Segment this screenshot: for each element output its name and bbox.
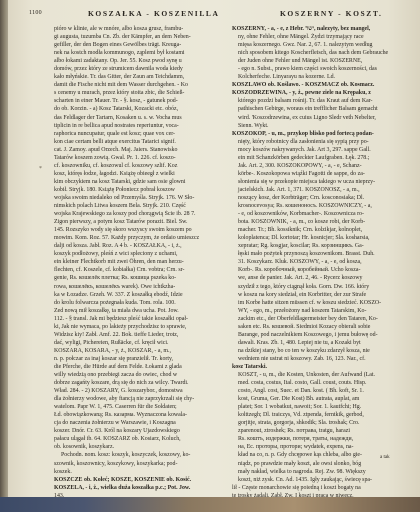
text-line: WY, - ego, m., przełożony nad koszem Tat… <box>232 307 396 315</box>
text-line: kosz, któręs łodze, łagodzi. Książę obie… <box>54 170 212 178</box>
text-line: nich sposobem kitego Koscherfleisch, das… <box>232 49 396 57</box>
text-line: на, Ec. проторы, протори; wydatek, expen… <box>232 443 396 451</box>
text-line: mięsa koszernego. Gwz. Nar. 2, 67. 1. na… <box>232 41 396 49</box>
text-line: do krolu folwarcza pożegnała kuda. Tom. … <box>54 299 212 307</box>
text-line: pathischen Gebirge, woraus ein trefflich… <box>232 105 396 113</box>
text-line: nimskich polach Litwa koszem Bela. Stryj… <box>54 202 212 210</box>
text-line: med. costa, costus, Ital. costo, Gall. c… <box>232 379 396 387</box>
text-line: mały nakład, wielka to nagroda. Rej. Zw.… <box>232 468 396 476</box>
text-line: xepratar; Rg. kosgjar, koscilar; Rs. кор… <box>232 242 396 250</box>
text-line: koloplatenca; Dl. kortotar; Hr. kosnicje… <box>232 234 396 242</box>
text-line: kost, Gruma, Ger. Die Kost) Bh. autrata,… <box>232 395 396 403</box>
text-line: Zed nową mił koszałkę, ta miała dwa ucha… <box>54 307 212 315</box>
text-line: albo łokami zadaktany. Op. Jer. 55. Kosz… <box>54 57 212 65</box>
margin-mark: * <box>39 166 42 172</box>
text-line: dawali. Kras. Zb. 1, 480. Lepiej nie tu,… <box>232 339 396 347</box>
text-line: wird. 'Koszodrzewina, ex cuius Ligno Sle… <box>232 114 396 122</box>
text-line: s cenemy u murach, przez który stoita zb… <box>54 89 212 97</box>
text-line: wedniem nie ustrat ni koszowy. Zab. 16, … <box>232 355 396 363</box>
text-line: costo, Angl. cost, Suec. et Dan. kost. (… <box>232 387 396 395</box>
text-line: ob. kosownik, koszykarz. <box>54 443 212 451</box>
text-line: 31. Koszykarz. Kluk. KOSZOWY, - a, - e, … <box>232 258 396 266</box>
text-line: ka w Łozadze. Grzeh. W. 337. Z koszałką … <box>54 291 212 299</box>
text-line: kład na co, n. p. Gdy chcępowe kąs chleb… <box>232 451 396 459</box>
text-line: kon ciae certam belli atque exercitus Ta… <box>54 138 212 146</box>
text-line: körbe-. Koszokopowa wiąźki Fagotti de sa… <box>232 170 396 178</box>
running-head-right: KOSZERNY - KOSZT. <box>280 9 382 18</box>
text-line: KOSZARA, KOSARA, - y, ż., KOSZAR, - a, m… <box>54 347 212 355</box>
text-line: którego pozdzi balsam rośnij. Tr. das Kr… <box>232 97 396 105</box>
text-line: pióro w klinie, ale w mnóre, albo kosza … <box>54 25 212 33</box>
entry-headword-line: KOSZERNY, - a, - e, z Hebr. ישר, nalezyt… <box>232 25 396 33</box>
text-line: dobrze zagańty koszare, drą się do nich … <box>54 379 212 387</box>
text-line: mocy koszów nakrywanych. Jak. Art 3, 297… <box>232 146 396 154</box>
text-line: do ob. Korzin. - a) Kosz Tatarski, Kozac… <box>54 105 212 113</box>
text-line: nięty, który robotnicy dla zasłonienia s… <box>232 138 396 146</box>
text-line: niądz, po prawdzie mały koszt, ale owsi … <box>232 460 396 468</box>
text-line: wojska Krajewskiego za koszy pod chorągw… <box>54 210 212 218</box>
text-line: n. p. połczar za inaj koszar się pranzie… <box>54 355 212 363</box>
entry-headword-line: KOSZLAWO ob. Koślawo. - KOSZMACZ ob. Kos… <box>232 81 396 89</box>
text-line: flechten, cf. Koszele, cf. kobiałka) Crn… <box>54 266 212 274</box>
text-line: rowa, кошелёкъ, кошелёкъ warek). Owe ich… <box>54 283 212 291</box>
text-line: szownik, koszownicy, koszykowy, koszykar… <box>54 460 212 468</box>
text-line: Barange, pod naczelnikiem Koszowego, i j… <box>232 331 396 339</box>
text-line: koszer. Dnór. Cr. 63. Król na koszary Uj… <box>54 427 212 435</box>
entry-headword-line: kosz Tatarski. <box>232 363 396 371</box>
text-line: gefiller, der den Bogen eines Gewölbes t… <box>54 41 212 49</box>
text-line: gorjitje, strata, gorgorja, shkodik; Sla… <box>232 419 396 427</box>
text-line: dla żołnierzy wodowe, aby ftancją nie za… <box>54 395 212 403</box>
entry-headword-line: KOSZOKOP, - u, m., przykop blisko pod fo… <box>232 130 396 138</box>
text-line: Rs. коштъ, издержки, потеря, траты, наде… <box>232 435 396 443</box>
running-head-left: KOSZAŁKA - KOSZENILLA <box>88 9 220 18</box>
right-text-column: KOSZERNY, - a, - e, z Hebr. ישר, nalezyt… <box>232 25 396 508</box>
text-line: koszt, niż zysk. Cn. Ad. 1435. Igły zauk… <box>232 476 396 484</box>
text-line: ny, ohne Fehler, ohne Mängel. Żydzi trzy… <box>232 33 396 41</box>
text-line: w koszu na kory siedział, ein Korbritter… <box>232 291 396 299</box>
text-line: cf. koszowniku, cf. koszowul cf. koszowy… <box>54 162 212 170</box>
text-line: lił - Częste monarchowie się poiedną i k… <box>232 484 396 492</box>
text-line: słonienia się w przekopie miejsca takieg… <box>232 178 396 186</box>
text-line: szydził z tego, który ciągnął koła. Gorn… <box>232 283 396 291</box>
text-line: Korb-. Rs. коробочный, коробейный. Ucho … <box>232 266 396 274</box>
text-line: macher. Tr.; Bh. kossiknik; Crn. kolzikj… <box>232 226 396 234</box>
catchword: a tak <box>380 455 390 460</box>
text-line: wojska swoim niedaleko od Przemyśla. Str… <box>54 194 212 202</box>
text-line: Pochodn. nom. kosz: koszyk, koszyczek, k… <box>54 451 212 459</box>
text-line: ein kleiner Flechtkorb mit zwei Öhren, d… <box>54 258 212 266</box>
text-line: saken etc. Rs. кошевой. Siedmioi Kozacy … <box>232 323 396 331</box>
entry-headword-line: KOSZCZE ob. Koleć; KOSZE, KOSZENIE ob. K… <box>54 476 212 484</box>
text-line: die Pferche, die Hürde auf dem Felde. Ło… <box>54 363 212 371</box>
text-line: nek na kostch modła kommunogo, ząplemi b… <box>54 49 212 57</box>
book-edge-background <box>0 497 420 512</box>
text-line: Jak. Art. 2, 300. KOSZOKOPOWY, - a, - e,… <box>232 162 396 170</box>
text-line: kobił. Stryjk. 180. Książę Połoniecz pob… <box>54 186 212 194</box>
text-line: we, anse de panier. Jak. Art. 2, 46. - R… <box>232 274 396 282</box>
text-line: koszyk podłożowy, pleśń z wici spleciony… <box>54 250 212 258</box>
text-line: bota. KOSZOWNIK, - a, m., co kosze robi,… <box>232 218 396 226</box>
text-line: Sienn. Wykt. <box>232 122 396 130</box>
left-text-column: pióro w klinie, ale w mnóre, albo kosza … <box>54 25 212 508</box>
text-line: koszek. <box>54 468 212 476</box>
entry-headword-line: KOSZODRZEWINA, - y, ż., pewne ziele na K… <box>232 89 396 97</box>
text-line: pałacu ulągał ib. 64. KOSZARZ ob. Kosiar… <box>54 435 212 443</box>
text-line: gi augusta, tuzumba Cn. Zb. der Kämpfer,… <box>54 33 212 41</box>
text-line: watelom. Papr W. 1, 475. Caserren für di… <box>54 403 212 411</box>
text-line: Wład. 284. - 2) KOSZARY, G. koszarybor.,… <box>54 387 212 395</box>
text-line: cat. J. Zamoy. apud Orzech. Maj. Jaiers.… <box>54 146 212 154</box>
text-line: willy wiedzią ono przebiegi zacza do owi… <box>54 371 212 379</box>
text-line: scharten in einer Mauer. Tr. - §. kosz, … <box>54 97 212 105</box>
text-line: na dzikiej stany, bo co ten w koszyku zd… <box>232 347 396 355</box>
text-line: dać, wyligi, Pichereien, Rußäcke, cf. kr… <box>54 339 212 347</box>
text-line: krosnocevosya; Rs. кошеноносъ. KOSZOWNIC… <box>232 202 396 210</box>
text-line: raphorica nuncupatur, quale est kosz; qu… <box>54 130 212 138</box>
text-line: tiplicin in re bellica apud nostrates re… <box>54 122 212 130</box>
text-line: mowim. Kom. Roz. 57. Każdy przyczym, że … <box>54 234 212 242</box>
text-line: damit die Fische nicht mit dem Wasser du… <box>54 81 212 89</box>
text-line: ein mit Schanzkörben gedeckter Laufgrabe… <box>232 154 396 162</box>
text-line: KOSZT, - u, m., die Kosten, Unkosten, de… <box>232 371 396 379</box>
text-line: zackim etc., der Oberfeldlagermeister be… <box>232 315 396 323</box>
text-line: ki, Jak nie wymaca, po lakieży przychodz… <box>54 323 212 331</box>
text-line: Zigon pierwszy, a potym kosz Tatarów por… <box>54 218 212 226</box>
text-line: jacielskich. Jak. Art. 1, 371. KOSZONOSZ… <box>232 186 396 194</box>
dictionary-page: 1100 KOSZAŁKA - KOSZENILLA KOSZERNY - KO… <box>8 0 420 497</box>
text-line: noszący kosz, der Korbträger; Crn. kosco… <box>232 194 396 202</box>
text-line: Tatarów koszem zowią. Gwal. Pr. 1. 226. … <box>54 154 212 162</box>
text-line: Kolcherfeche. Linyarayu na kozerne. Ld. <box>232 73 396 81</box>
text-line: Widzisz kiy! Zabł. Amf. 22. Bok. tieffe … <box>54 331 212 339</box>
text-line: 112. - § transl. Jak mi będziesz pleść t… <box>54 315 212 323</box>
text-line: kim obczykiem na kosz Tatarski, gdzie sa… <box>54 178 212 186</box>
text-line: Łd. obowiązkowaną; Rs. казарма. Wyznaczo… <box>54 411 212 419</box>
entry-headword-line: KOSZELA, - i, ż., wielka duża koszałka p… <box>54 484 212 492</box>
text-line: domów, przez który ze strumicem dawnila … <box>54 65 212 73</box>
text-line: - e, od koszowników, Korbmacher-. Koszow… <box>232 210 396 218</box>
text-line: łęski mało pożytek przynoszą koszownikom… <box>232 250 396 258</box>
text-line: im Korbe hatte sitzen müssen cf. w koszu… <box>232 299 396 307</box>
text-line: genie, Rs. кошелёк плетка; Rs. кошица ps… <box>54 274 212 282</box>
text-line: 145. Rozszyko wody się skoro wszyscy swo… <box>54 226 212 234</box>
text-line: - ego n. Subst., prawo kiem części swoic… <box>232 65 396 73</box>
text-line: platet; Sor. 1 wobatkut, nawoit; Sor. 1.… <box>232 403 396 411</box>
text-line: kolttzegh; Dl. traiczys, Vd. ztpenda, fe… <box>232 411 396 419</box>
text-line: zparenout, ztroshek; Rs. потрава, tratgu… <box>232 427 396 435</box>
page-number: 1100 <box>29 10 42 16</box>
text-line: der Juden ohne Fehler und Mängel ist. KO… <box>232 57 396 65</box>
text-line: dalji od kosza. Jabł. Roz. A 4 b. - KOSZ… <box>54 242 212 250</box>
text-line: cja do naczenia żołnierzu w Warszawie, i… <box>54 419 212 427</box>
text-line: das Feldlager der Tartarn, Kosaken u. s.… <box>54 114 212 122</box>
text-line: kało młyńskie. Tr. das Gitter, der Zaun … <box>54 73 212 81</box>
